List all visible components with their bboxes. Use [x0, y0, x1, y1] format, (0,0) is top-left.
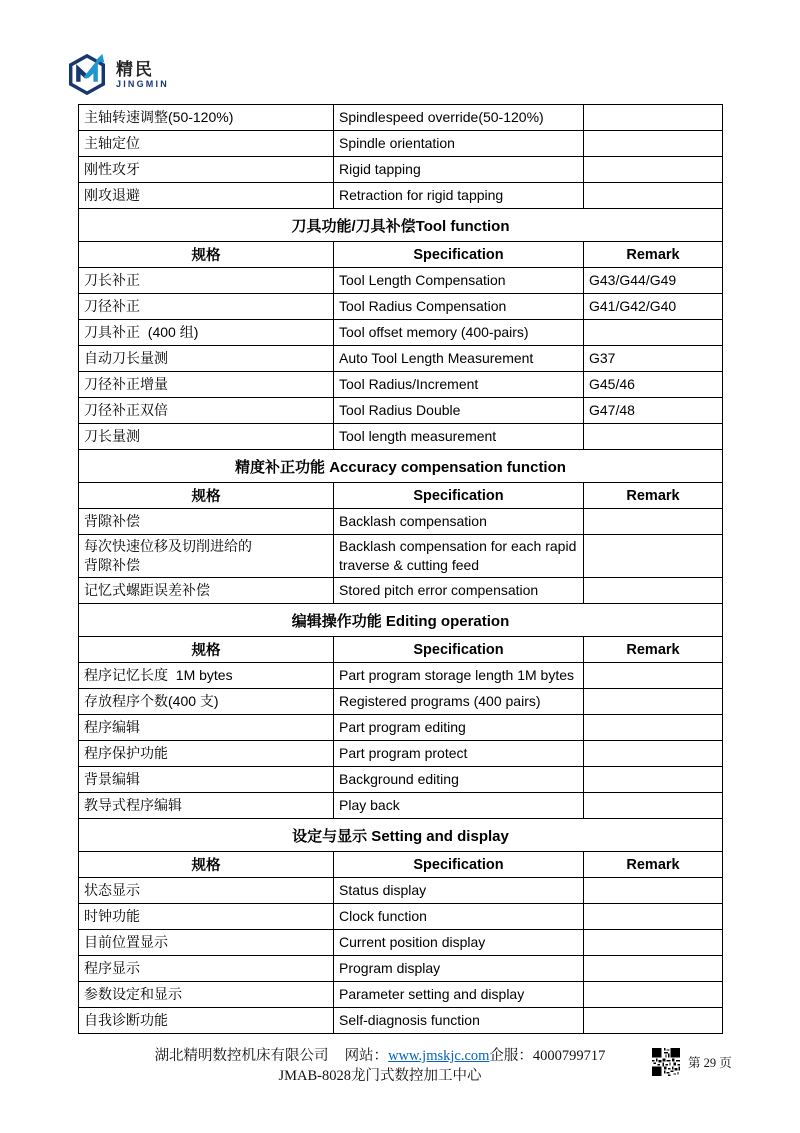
spec-en-cell: Part program storage length 1M bytes [334, 663, 584, 689]
remark-cell [584, 183, 723, 209]
table-row: 目前位置显示Current position display [79, 930, 723, 956]
remark-cell [584, 793, 723, 819]
table-row: 刀径补正Tool Radius CompensationG41/G42/G40 [79, 294, 723, 320]
remark-cell: G45/46 [584, 372, 723, 398]
spec-en-cell: Tool Radius Double [334, 398, 584, 424]
section-title: 精度补正功能 Accuracy compensation function [79, 450, 723, 483]
spec-cn-cell: 存放程序个数(400 支) [79, 689, 334, 715]
remark-cell: G37 [584, 346, 723, 372]
hexagon-m-arrow-icon [64, 52, 110, 98]
spec-en-cell: Parameter setting and display [334, 982, 584, 1008]
brand-name-cn: 精民 [116, 61, 169, 79]
spec-cn-cell: 程序记忆长度 1M bytes [79, 663, 334, 689]
remark-cell: G47/48 [584, 398, 723, 424]
remark-cell [584, 982, 723, 1008]
spec-table: 主轴转速调整(50-120%)Spindlespeed override(50-… [78, 104, 723, 1034]
spec-cn-cell: 刚攻退避 [79, 183, 334, 209]
spec-en-header: Specification [334, 242, 584, 268]
company-name: 湖北精明数控机床有限公司 [155, 1048, 329, 1064]
footer: 湖北精明数控机床有限公司网站：www.jmskjc.com企服：40007997… [0, 1046, 760, 1086]
column-header-row: 规格SpecificationRemark [79, 483, 723, 509]
remark-cell [584, 689, 723, 715]
table-row: 刀长补正Tool Length CompensationG43/G44/G49 [79, 268, 723, 294]
column-header-row: 规格SpecificationRemark [79, 637, 723, 663]
spec-en-cell: Backlash compensation [334, 509, 584, 535]
spec-cn-cell: 参数设定和显示 [79, 982, 334, 1008]
column-header-row: 规格SpecificationRemark [79, 242, 723, 268]
spec-cn-cell: 自动刀长量测 [79, 346, 334, 372]
spec-en-cell: Tool offset memory (400-pairs) [334, 320, 584, 346]
spec-cn-cell: 时钟功能 [79, 904, 334, 930]
table-row: 时钟功能Clock function [79, 904, 723, 930]
section-title-row: 刀具功能/刀具补偿Tool function [79, 209, 723, 242]
spec-en-header: Specification [334, 483, 584, 509]
table-row: 自我诊断功能Self-diagnosis function [79, 1008, 723, 1034]
remark-cell [584, 157, 723, 183]
website-link[interactable]: www.jmskjc.com [388, 1048, 489, 1064]
spec-en-cell: Auto Tool Length Measurement [334, 346, 584, 372]
qr-code-icon [652, 1048, 680, 1076]
remark-cell [584, 904, 723, 930]
table-row: 自动刀长量测Auto Tool Length MeasurementG37 [79, 346, 723, 372]
remark-cell [584, 878, 723, 904]
remark-cell: G41/G42/G40 [584, 294, 723, 320]
spec-en-cell: Stored pitch error compensation [334, 578, 584, 604]
remark-cell [584, 578, 723, 604]
section-title-row: 编辑操作功能 Editing operation [79, 604, 723, 637]
spec-cn-cell: 每次快速位移及切削进给的 背隙补偿 [79, 535, 334, 578]
spec-cn-header: 规格 [79, 852, 334, 878]
footer-contact-line: 湖北精明数控机床有限公司网站：www.jmskjc.com企服：40007997… [0, 1046, 760, 1066]
spec-cn-header: 规格 [79, 483, 334, 509]
remark-cell [584, 509, 723, 535]
table-row: 背景编辑Background editing [79, 767, 723, 793]
table-row: 刚攻退避Retraction for rigid tapping [79, 183, 723, 209]
remark-cell: G43/G44/G49 [584, 268, 723, 294]
spec-en-cell: Spindlespeed override(50-120%) [334, 105, 584, 131]
remark-header: Remark [584, 637, 723, 663]
brand-name-en: JINGMIN [116, 79, 169, 90]
spec-cn-cell: 背景编辑 [79, 767, 334, 793]
spec-en-cell: Play back [334, 793, 584, 819]
table-row: 记忆式螺距误差补偿Stored pitch error compensation [79, 578, 723, 604]
spec-cn-cell: 主轴定位 [79, 131, 334, 157]
spec-en-cell: Tool Radius Compensation [334, 294, 584, 320]
company-logo: 精民 JINGMIN [64, 52, 169, 98]
spec-cn-cell: 程序显示 [79, 956, 334, 982]
spec-en-cell: Part program protect [334, 741, 584, 767]
table-row: 程序显示Program display [79, 956, 723, 982]
spec-en-cell: Program display [334, 956, 584, 982]
remark-cell [584, 930, 723, 956]
spec-cn-cell: 目前位置显示 [79, 930, 334, 956]
spec-en-cell: Current position display [334, 930, 584, 956]
spec-en-cell: Rigid tapping [334, 157, 584, 183]
spec-en-cell: Background editing [334, 767, 584, 793]
spec-cn-cell: 记忆式螺距误差补偿 [79, 578, 334, 604]
spec-en-cell: Tool Radius/Increment [334, 372, 584, 398]
spec-cn-cell: 刀径补正双倍 [79, 398, 334, 424]
spec-cn-cell: 刚性攻牙 [79, 157, 334, 183]
spec-cn-header: 规格 [79, 242, 334, 268]
section-title-row: 设定与显示 Setting and display [79, 819, 723, 852]
remark-cell [584, 956, 723, 982]
remark-cell [584, 535, 723, 578]
remark-cell [584, 741, 723, 767]
column-header-row: 规格SpecificationRemark [79, 852, 723, 878]
table-row: 背隙补偿Backlash compensation [79, 509, 723, 535]
table-row: 参数设定和显示Parameter setting and display [79, 982, 723, 1008]
table-row: 刀具补正 (400 组)Tool offset memory (400-pair… [79, 320, 723, 346]
spec-cn-header: 规格 [79, 637, 334, 663]
spec-cn-cell: 教导式程序编辑 [79, 793, 334, 819]
table-row: 主轴转速调整(50-120%)Spindlespeed override(50-… [79, 105, 723, 131]
section-title: 编辑操作功能 Editing operation [79, 604, 723, 637]
spec-en-header: Specification [334, 637, 584, 663]
remark-cell [584, 767, 723, 793]
section-title-row: 精度补正功能 Accuracy compensation function [79, 450, 723, 483]
spec-cn-cell: 程序保护功能 [79, 741, 334, 767]
table-row: 主轴定位Spindle orientation [79, 131, 723, 157]
remark-header: Remark [584, 483, 723, 509]
spec-en-cell: Tool Length Compensation [334, 268, 584, 294]
spec-cn-cell: 刀长量测 [79, 424, 334, 450]
spec-en-cell: Registered programs (400 pairs) [334, 689, 584, 715]
spec-cn-cell: 刀具补正 (400 组) [79, 320, 334, 346]
spec-cn-cell: 程序编辑 [79, 715, 334, 741]
spec-cn-cell: 主轴转速调整(50-120%) [79, 105, 334, 131]
spec-en-header: Specification [334, 852, 584, 878]
spec-en-cell: Retraction for rigid tapping [334, 183, 584, 209]
table-row: 程序记忆长度 1M bytesPart program storage leng… [79, 663, 723, 689]
spec-cn-cell: 刀径补正增量 [79, 372, 334, 398]
remark-cell [584, 424, 723, 450]
spec-cn-cell: 自我诊断功能 [79, 1008, 334, 1034]
section-title: 刀具功能/刀具补偿Tool function [79, 209, 723, 242]
table-row: 刚性攻牙Rigid tapping [79, 157, 723, 183]
service-label: 企服： [489, 1048, 533, 1064]
spec-cn-cell: 刀径补正 [79, 294, 334, 320]
spec-en-cell: Tool length measurement [334, 424, 584, 450]
table-row: 存放程序个数(400 支)Registered programs (400 pa… [79, 689, 723, 715]
page-number: 第 29 页 [688, 1053, 732, 1071]
spec-cn-cell: 背隙补偿 [79, 509, 334, 535]
table-row: 刀径补正双倍Tool Radius DoubleG47/48 [79, 398, 723, 424]
remark-cell [584, 1008, 723, 1034]
product-name: JMAB-8028龙门式数控加工中心 [0, 1066, 760, 1086]
spec-en-cell: Backlash compensation for each rapid tra… [334, 535, 584, 578]
table-row: 状态显示Status display [79, 878, 723, 904]
spec-cn-cell: 刀长补正 [79, 268, 334, 294]
remark-cell [584, 105, 723, 131]
remark-cell [584, 715, 723, 741]
table-row: 教导式程序编辑Play back [79, 793, 723, 819]
spec-en-cell: Part program editing [334, 715, 584, 741]
section-title: 设定与显示 Setting and display [79, 819, 723, 852]
website-label: 网站： [345, 1048, 389, 1064]
table-row: 刀长量测Tool length measurement [79, 424, 723, 450]
table-row: 刀径补正增量Tool Radius/IncrementG45/46 [79, 372, 723, 398]
table-row: 每次快速位移及切削进给的 背隙补偿Backlash compensation f… [79, 535, 723, 578]
remark-cell [584, 663, 723, 689]
spec-en-cell: Status display [334, 878, 584, 904]
spec-en-cell: Spindle orientation [334, 131, 584, 157]
document-page: 精民 JINGMIN 主轴转速调整(50-120%)Spindlespeed o… [0, 0, 800, 1133]
remark-header: Remark [584, 852, 723, 878]
table-row: 程序编辑Part program editing [79, 715, 723, 741]
spec-en-cell: Self-diagnosis function [334, 1008, 584, 1034]
service-phone: 4000799717 [533, 1048, 606, 1064]
remark-cell [584, 320, 723, 346]
remark-header: Remark [584, 242, 723, 268]
table-row: 程序保护功能Part program protect [79, 741, 723, 767]
remark-cell [584, 131, 723, 157]
spec-cn-cell: 状态显示 [79, 878, 334, 904]
page-meta: 第 29 页 [652, 1048, 732, 1076]
spec-en-cell: Clock function [334, 904, 584, 930]
